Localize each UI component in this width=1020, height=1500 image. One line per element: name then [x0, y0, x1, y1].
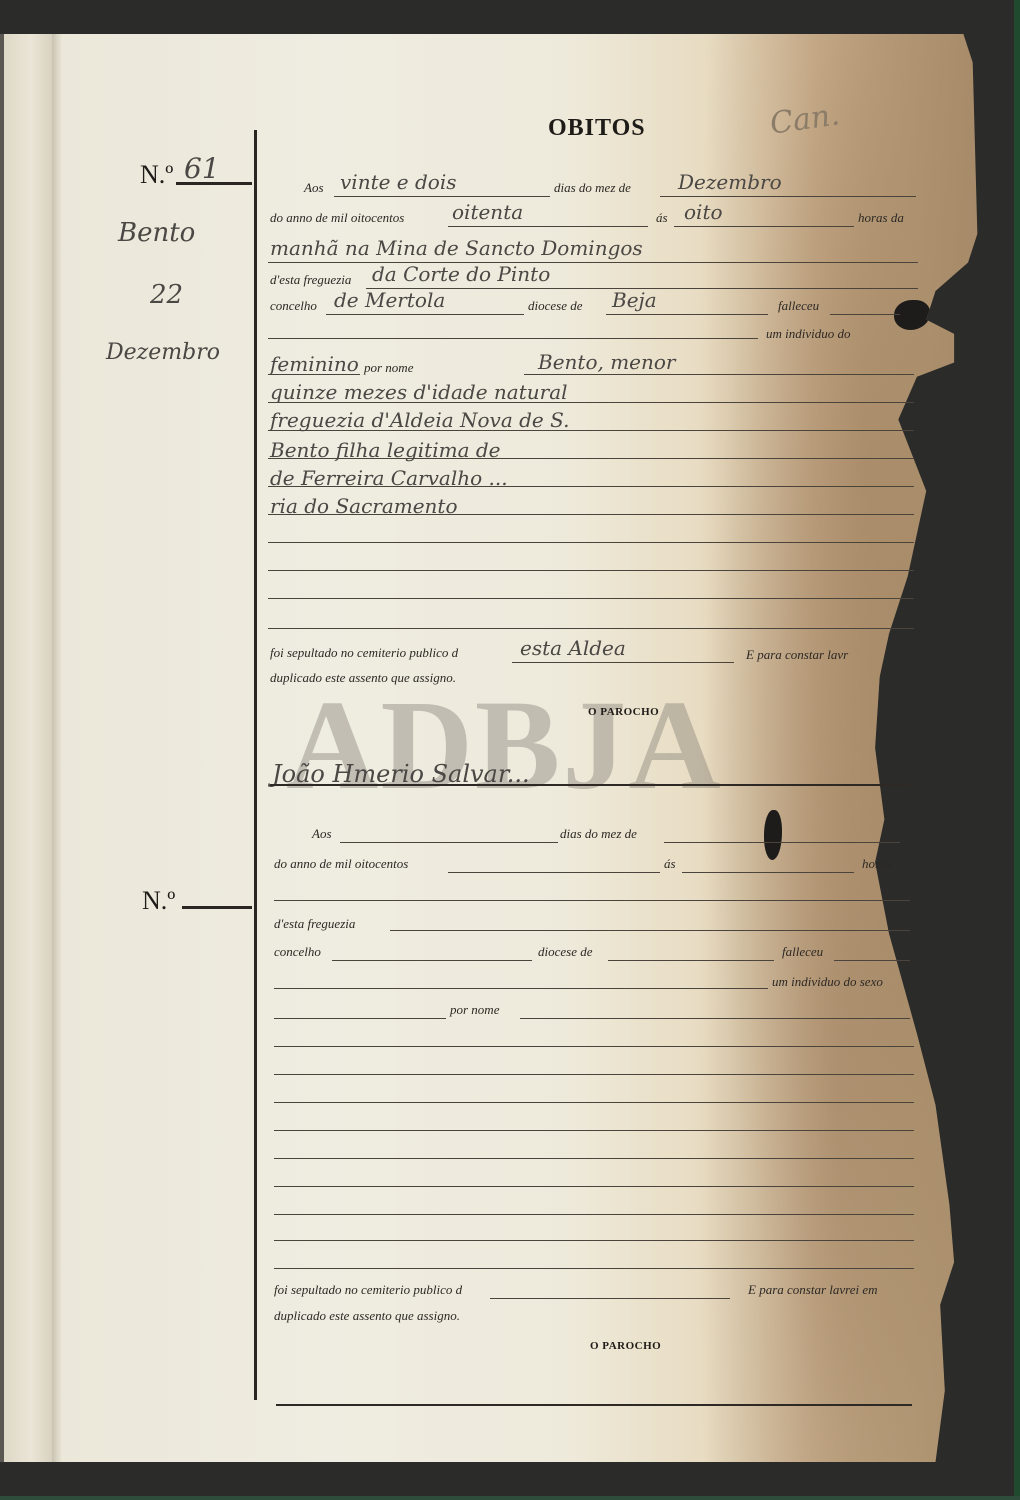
field-rule: [268, 430, 914, 431]
label-falleceu: falleceu: [778, 298, 819, 314]
field-rule: [660, 196, 916, 197]
label-desta-freguezia: d'esta freguezia: [274, 916, 355, 932]
field-rule: [674, 226, 854, 227]
label-diocese-de: diocese de: [528, 298, 583, 314]
label-concelho: concelho: [274, 944, 321, 960]
value-mez: Dezembro: [678, 170, 782, 194]
field-rule: [664, 842, 900, 843]
narrative-line-2: freguezia d'Aldeia Nova de S.: [270, 408, 569, 432]
entry-number-label: N.º: [140, 160, 173, 190]
field-rule: [274, 988, 768, 989]
field-rule: [268, 338, 758, 339]
field-rule: [274, 1240, 914, 1241]
signature-rule: [270, 784, 910, 786]
field-rule: [326, 314, 524, 315]
label-do-anno: do anno de mil oitocentos: [270, 210, 404, 226]
page-title: OBITOS: [548, 115, 646, 142]
field-rule: [274, 1102, 914, 1103]
field-rule: [524, 374, 914, 375]
label-e-para-constar: E para constar lavrei em: [748, 1282, 878, 1298]
field-rule: [268, 374, 360, 375]
field-rule: [606, 314, 768, 315]
label-o-parocho: O PAROCHO: [588, 706, 659, 718]
label-falleceu: falleceu: [782, 944, 823, 960]
signature-rule: [276, 1404, 912, 1406]
field-rule: [274, 1186, 914, 1187]
label-diocese-de: diocese de: [538, 944, 593, 960]
field-rule: [834, 960, 910, 961]
label-foi-sepultado: foi sepultado no cemiterio publico d: [274, 1282, 462, 1298]
field-rule: [274, 900, 910, 901]
field-rule: [268, 262, 918, 263]
label-dias-do-mez-de: dias do mez de: [560, 826, 637, 842]
label-horas-da: horas da: [858, 210, 904, 226]
value-nome: Bento, menor: [538, 350, 676, 374]
field-rule: [268, 486, 914, 487]
burn-stain: [692, 34, 982, 1462]
label-foi-sepultado: foi sepultado no cemiterio publico d: [270, 645, 458, 661]
entry-number-value: 61: [184, 152, 220, 185]
label-aos: Aos: [312, 826, 332, 842]
label-duplicado: duplicado este assento que assigno.: [274, 1308, 460, 1324]
value-concelho: de Mertola: [334, 288, 445, 312]
field-rule: [268, 402, 914, 403]
scan-border-bottom: [0, 1496, 1020, 1500]
facing-page-edge: [0, 34, 52, 1462]
field-rule: [390, 930, 910, 931]
field-rule: [274, 1018, 446, 1019]
label-por-nome: por nome: [450, 1002, 499, 1018]
value-hora: oito: [684, 200, 723, 224]
scan-border-right: [1014, 0, 1020, 1500]
field-rule: [268, 628, 914, 629]
value-freguezia: da Corte do Pinto: [372, 262, 550, 286]
field-rule: [268, 570, 914, 571]
label-concelho: concelho: [270, 298, 317, 314]
field-rule: [274, 1268, 914, 1269]
label-aos: Aos: [304, 180, 324, 196]
field-rule: [274, 1214, 914, 1215]
field-rule: [682, 872, 854, 873]
value-anno: oitenta: [452, 200, 523, 224]
field-rule: [608, 960, 774, 961]
page-gutter: [52, 34, 62, 1462]
field-rule: [448, 226, 648, 227]
margin-month: Dezembro: [106, 340, 220, 365]
field-rule: [274, 1046, 914, 1047]
value-cemiterio: esta Aldea: [520, 636, 626, 660]
value-local: manhã na Mina de Sancto Domingos: [270, 236, 643, 260]
label-dias-do-mez-de: dias do mez de: [554, 180, 631, 196]
field-rule: [512, 662, 734, 663]
label-do-anno: do anno de mil oitocentos: [274, 856, 408, 872]
field-rule: [448, 872, 660, 873]
value-sexo: feminino: [270, 352, 359, 376]
burn-hole-2: [764, 810, 782, 860]
label-por-nome: por nome: [364, 360, 413, 376]
field-rule: [274, 1158, 914, 1159]
narrative-line-1: quinze mezes d'idade natural: [270, 380, 568, 404]
field-rule: [268, 598, 914, 599]
field-rule: [268, 542, 914, 543]
burn-hole-1: [894, 300, 930, 330]
field-rule: [334, 196, 550, 197]
field-rule: [274, 1074, 914, 1075]
margin-day: 22: [150, 280, 183, 310]
entry-number-rule: [176, 182, 252, 185]
field-rule: [268, 458, 914, 459]
entry-number-rule: [182, 906, 252, 909]
label-as: ás: [656, 210, 668, 226]
label-um-individuo-do-sexo: um individuo do sexo: [772, 974, 883, 990]
field-rule: [520, 1018, 910, 1019]
value-dia: vinte e dois: [340, 170, 457, 194]
value-diocese: Beja: [612, 288, 657, 312]
label-desta-freguezia: d'esta freguezia: [270, 272, 351, 288]
label-e-para-constar: E para constar lavr: [746, 647, 848, 663]
entry-number-label: N.º: [142, 886, 175, 916]
field-rule: [268, 514, 914, 515]
label-duplicado: duplicado este assento que assigno.: [270, 670, 456, 686]
field-rule: [332, 960, 532, 961]
field-rule: [340, 842, 558, 843]
field-rule: [274, 1130, 914, 1131]
label-as: ás: [664, 856, 676, 872]
margin-name: Bento: [118, 218, 195, 248]
margin-divider: [254, 130, 257, 1400]
field-rule: [490, 1298, 730, 1299]
field-rule: [830, 314, 900, 315]
label-o-parocho: O PAROCHO: [590, 1340, 661, 1352]
label-um-individuo-do: um individuo do: [766, 326, 851, 342]
binding-edge: [0, 34, 4, 1462]
label-horas: horas: [862, 856, 892, 872]
